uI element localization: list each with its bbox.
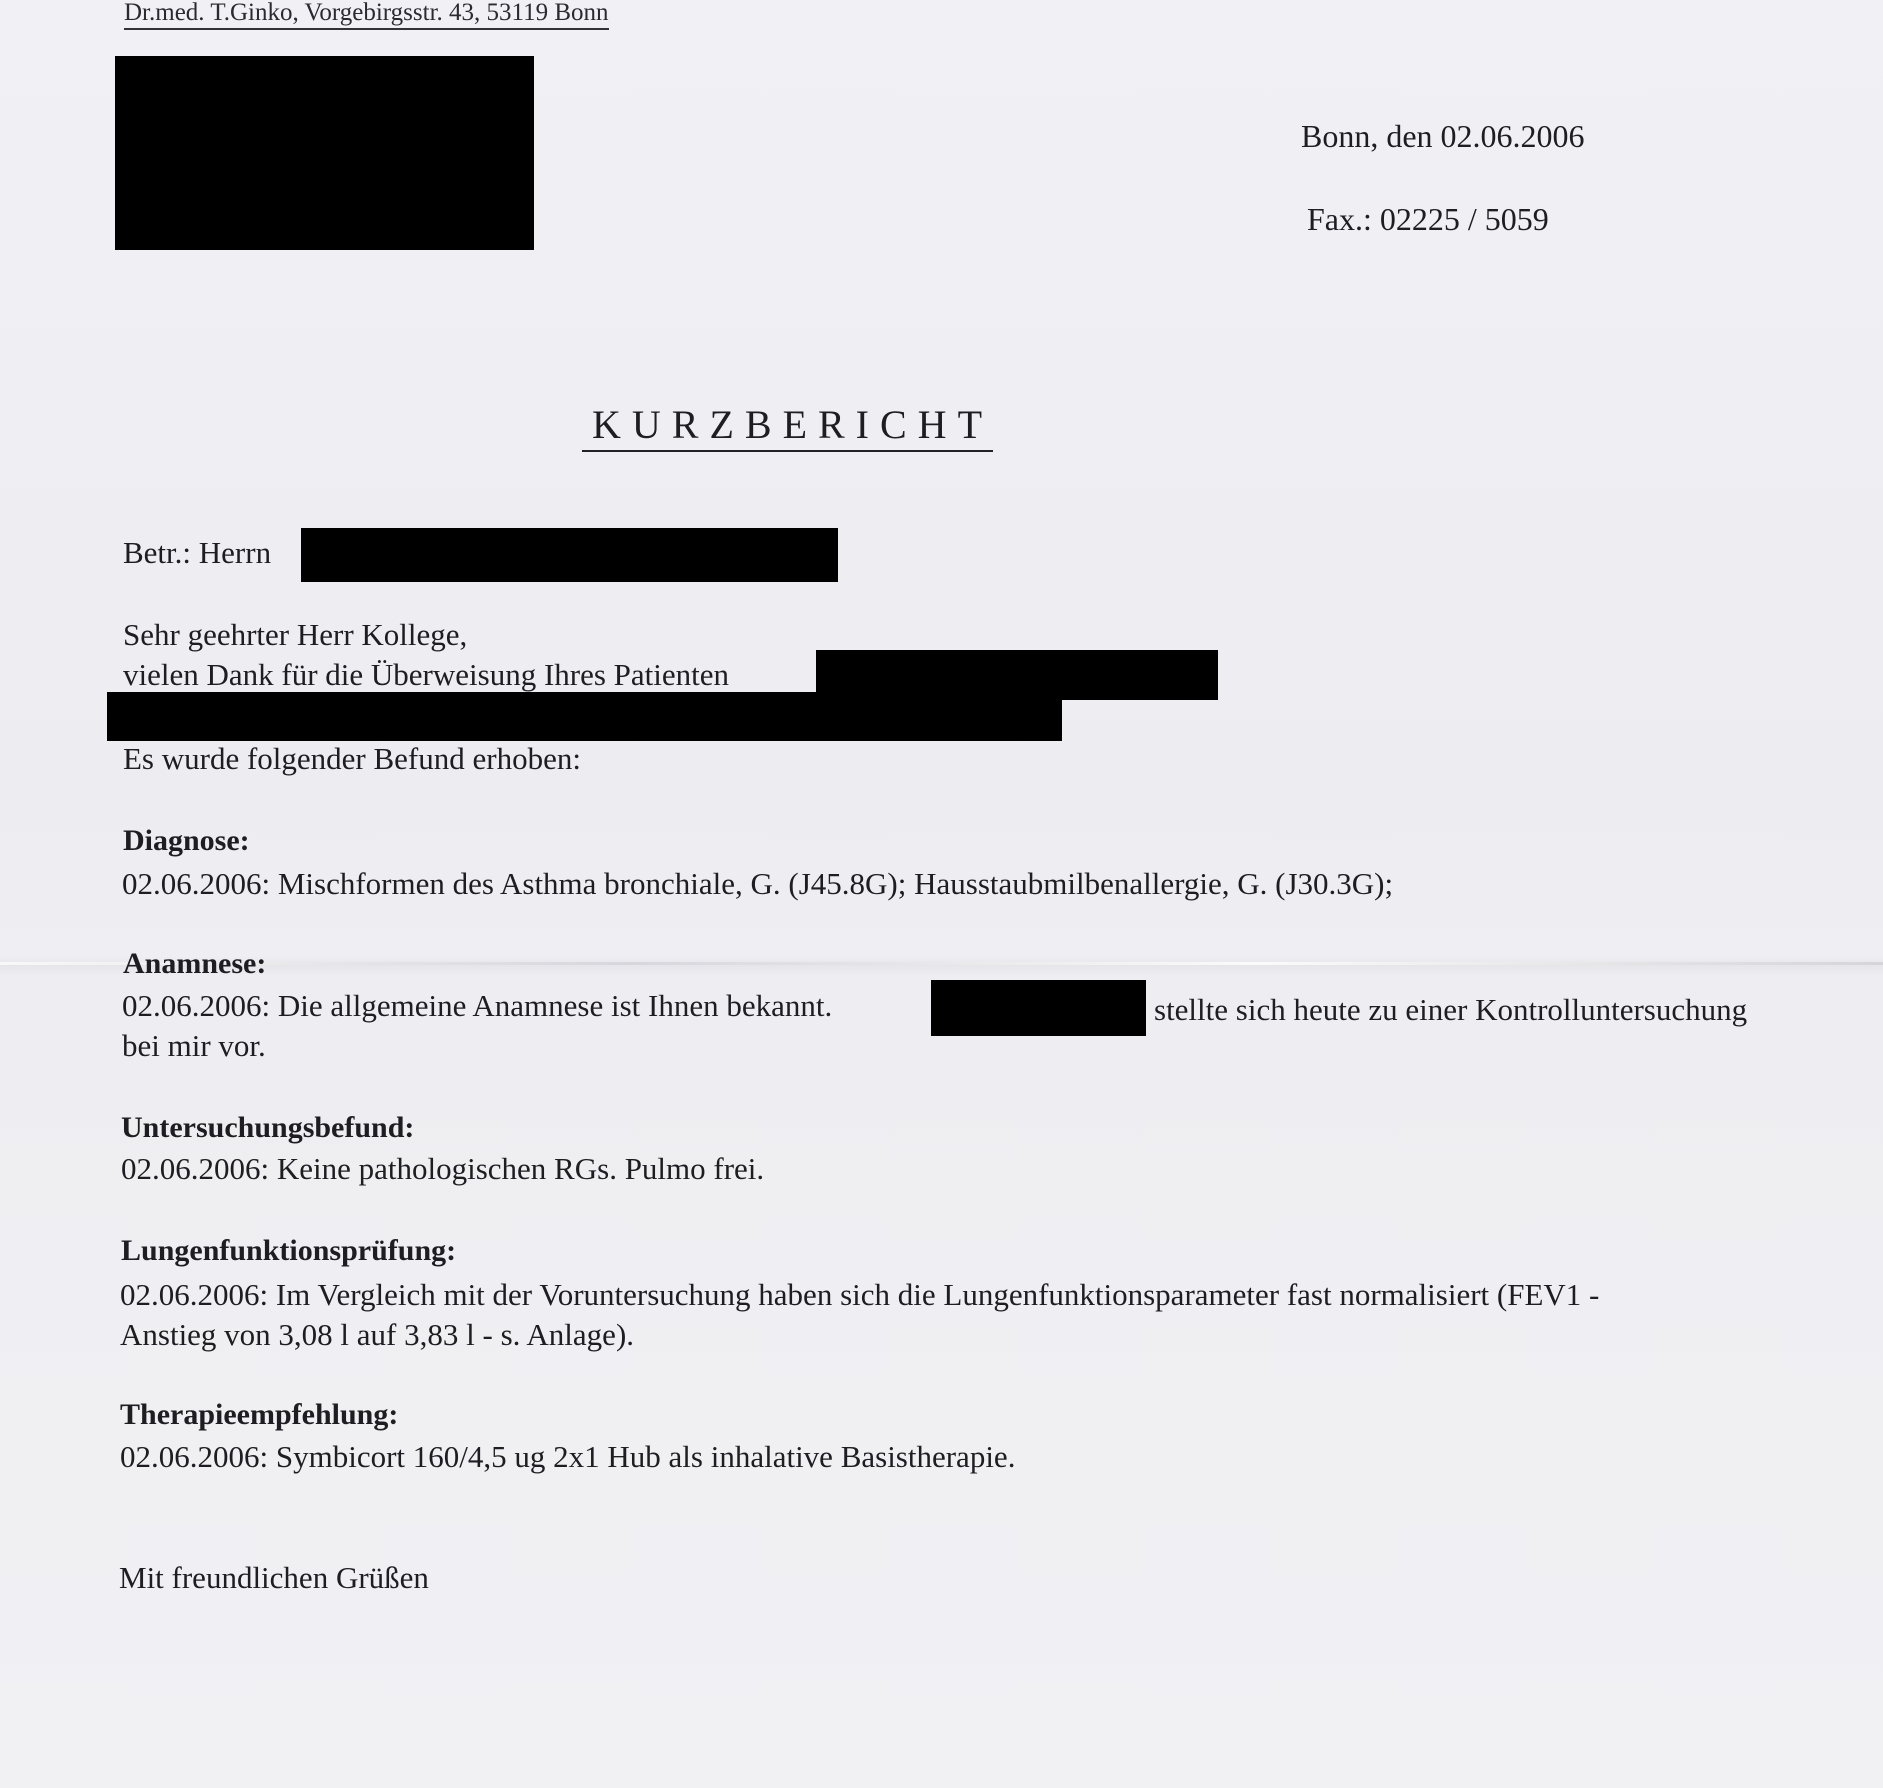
redacted-recipient-address [115,56,534,250]
redacted-patient-name-subject [301,528,838,582]
place-date: Bonn, den 02.06.2006 [1301,116,1585,156]
salutation-thanks: vielen Dank für die Überweisung Ihres Pa… [123,655,729,695]
salutation-greeting: Sehr geehrter Herr Kollege, [123,615,467,655]
redacted-patient-details-line [107,692,1062,741]
document-title: KURZBERICHT [582,402,993,452]
section-text-lungenfunktion-line2: Anstieg von 3,08 l auf 3,83 l - s. Anlag… [120,1315,634,1355]
section-heading-lungenfunktion: Lungenfunktionsprüfung: [121,1231,456,1271]
redacted-patient-name-anamnese [931,980,1146,1036]
section-text-diagnose: 02.06.2006: Mischformen des Asthma bronc… [122,864,1393,904]
section-text-therapie: 02.06.2006: Symbicort 160/4,5 ug 2x1 Hub… [120,1437,1015,1477]
section-text-untersuchungsbefund: 02.06.2006: Keine pathologischen RGs. Pu… [121,1149,764,1189]
subject-label: Betr.: Herrn [123,533,271,573]
findings-intro: Es wurde folgender Befund erhoben: [123,739,581,779]
section-text-lungenfunktion-line1: 02.06.2006: Im Vergleich mit der Vorunte… [120,1275,1599,1315]
section-text-anamnese-end: stellte sich heute zu einer Kontrollunte… [1154,990,1747,1030]
section-text-anamnese-start: 02.06.2006: Die allgemeine Anamnese ist … [122,986,832,1026]
section-heading-anamnese: Anamnese: [123,944,266,984]
sender-letterhead: Dr.med. T.Ginko, Vorgebirgsstr. 43, 5311… [124,0,609,30]
section-heading-untersuchungsbefund: Untersuchungsbefund: [121,1108,414,1148]
paper-fold-line [0,962,1883,965]
section-heading-therapie: Therapieempfehlung: [120,1395,398,1435]
closing-greeting: Mit freundlichen Grüßen [119,1558,429,1598]
fax-number: Fax.: 02225 / 5059 [1307,199,1549,239]
section-heading-diagnose: Diagnose: [123,821,250,861]
section-text-anamnese-line2: bei mir vor. [122,1026,266,1066]
